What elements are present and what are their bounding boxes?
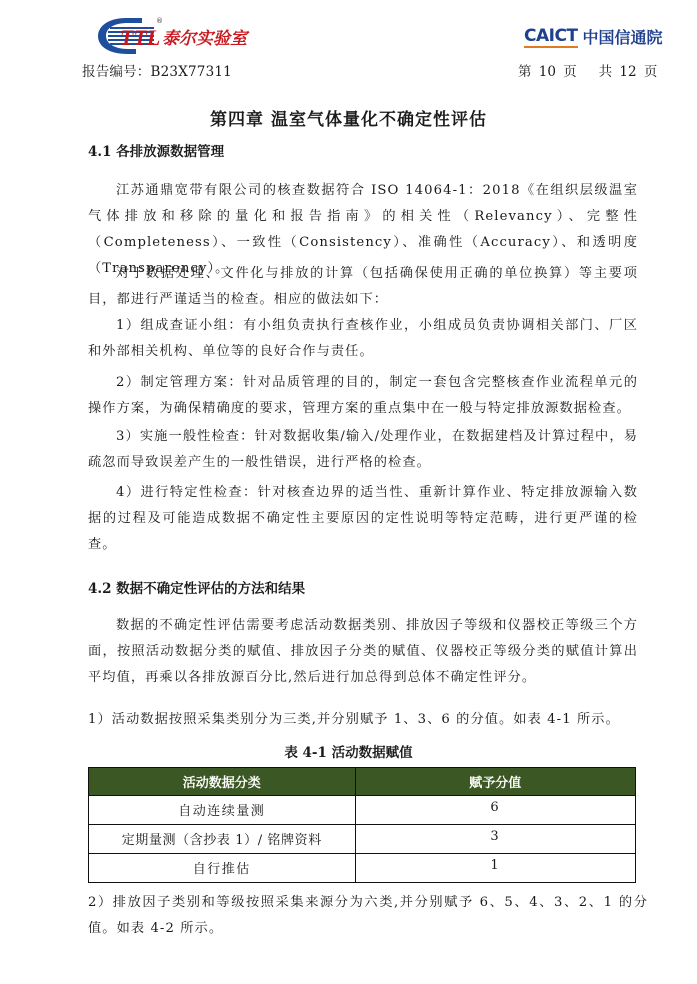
ttl-lab-logo: TTL ® 泰尔实验室 [96,14,256,56]
table-row: 自行推估 1 [89,854,636,883]
paragraph-step-4: 4）进行特定性检查：针对核查边界的适当性、重新计算作业、特定排放源输入数据的过程… [88,480,638,558]
ttl-mark: TTL [120,25,160,50]
caict-underline-icon [524,46,578,48]
paragraph-activity-data: 1）活动数据按照采集类别分为三类,并分别赋予 1、3、6 的分值。如表 4-1 … [88,707,648,733]
table-cell-score: 1 [355,854,635,883]
table-caption: 表 4-1 活动数据赋值 [0,741,697,761]
table-cell-category: 自行推估 [89,854,356,883]
section-heading-4-2: 4.2 数据不确定性评估的方法和结果 [88,577,305,597]
activity-data-table: 活动数据分类 赋予分值 自动连续量测 6 定期量测（含抄表 1）/ 铭牌资料 3… [88,767,636,883]
column-header-category: 活动数据分类 [89,768,356,796]
paragraph-step-2: 2）制定管理方案：针对品质管理的目的，制定一套包含完整核查作业流程单元的操作方案… [88,370,638,422]
paragraph-data-processing: 对于数据处理、文件化与排放的计算（包括确保使用正确的单位换算）等主要项目，都进行… [88,261,638,313]
caict-logo: CAICT 中国信通院 [524,22,663,50]
caict-logo-cn: 中国信通院 [583,25,663,48]
table-row: 自动连续量测 6 [89,796,636,825]
table-row: 定期量测（含抄表 1）/ 铭牌资料 3 [89,825,636,854]
column-header-score: 赋予分值 [355,768,635,796]
table-cell-category: 自动连续量测 [89,796,356,825]
table-cell-score: 6 [355,796,635,825]
page-indicator: 第 10 页 共 12 页 [518,60,657,80]
paragraph-step-3: 3）实施一般性检查：针对数据收集/输入/处理作业，在数据建档及计算过程中，易疏忽… [88,424,638,476]
ttl-cn-name: 泰尔实验室 [162,29,250,49]
report-number: 报告编号：B23X77311 [82,60,232,80]
caict-logo-text: CAICT [524,26,578,46]
table-header-row: 活动数据分类 赋予分值 [89,768,636,796]
chapter-title: 第四章 温室气体量化不确定性评估 [0,105,697,130]
paragraph-emission-factor: 2）排放因子类别和等级按照采集来源分为六类,并分别赋予 6、5、4、3、2、1 … [88,890,648,942]
table-cell-score: 3 [355,825,635,854]
section-heading-4-1: 4.1 各排放源数据管理 [88,140,224,160]
svg-text:®: ® [156,17,163,25]
paragraph-step-1: 1）组成查证小组：有小组负责执行查核作业，小组成员负责协调相关部门、厂区和外部相… [88,313,638,365]
table-cell-category: 定期量测（含抄表 1）/ 铭牌资料 [89,825,356,854]
paragraph-uncertainty-method: 数据的不确定性评估需要考虑活动数据类别、排放因子等级和仪器校正等级三个方面，按照… [88,613,638,691]
